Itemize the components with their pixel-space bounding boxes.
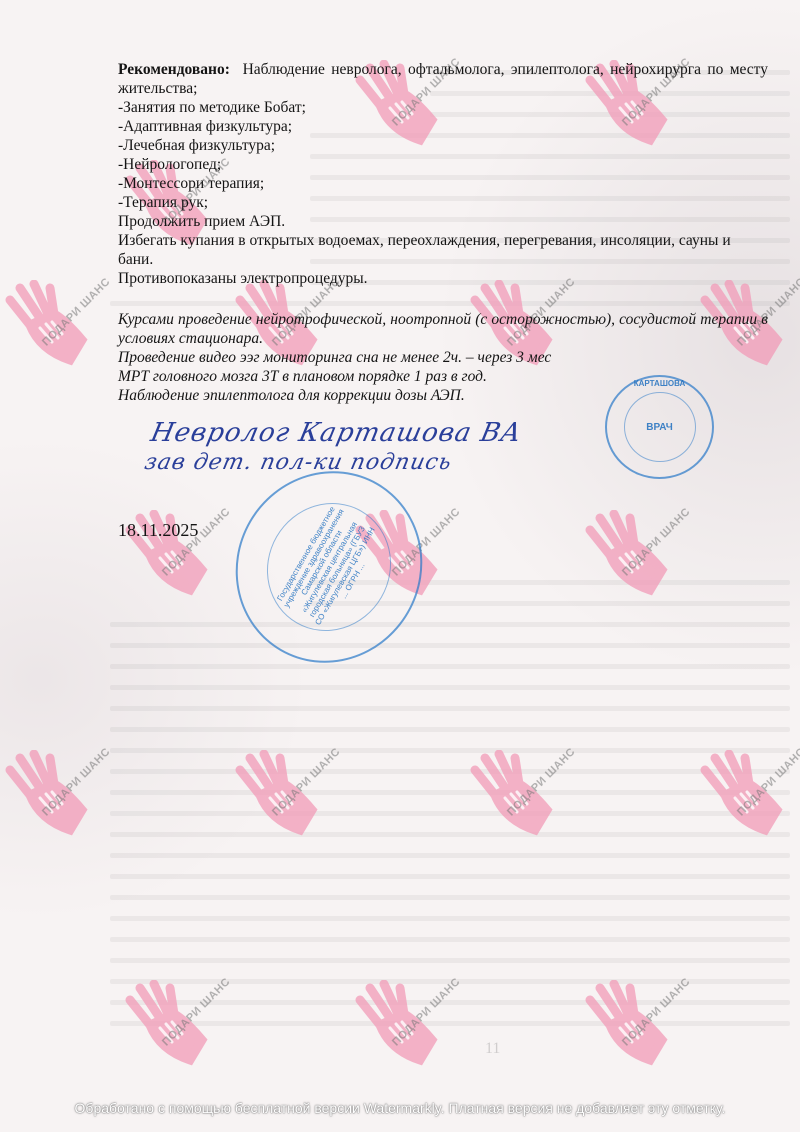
list-item: -Лечебная физкультура; bbox=[118, 136, 768, 155]
signature-line-1: Невролог Карташова ВА bbox=[148, 418, 525, 448]
list-item: -Терапия рук; bbox=[118, 193, 768, 212]
list-item: -Монтессори терапия; bbox=[118, 174, 768, 193]
continue-aep: Продолжить прием АЭП. bbox=[118, 212, 768, 231]
recommendation-paragraph: Рекомендовано: Наблюдение невролога, офт… bbox=[118, 60, 768, 98]
avoid-text: Избегать купания в открытых водоемах, пе… bbox=[118, 231, 768, 269]
contraindication-text: Противопоказаны электропроцедуры. bbox=[118, 269, 768, 288]
organization-stamp-center: Государственное бюджетное учреждение здр… bbox=[244, 480, 415, 654]
signature-handwriting: Невролог Карташова ВА зав дет. пол-ки по… bbox=[142, 418, 525, 478]
therapy-course: Курсами проведение нейротрофической, ноо… bbox=[118, 310, 768, 348]
bleed-through-text-lower bbox=[110, 580, 790, 1042]
page-number: 11 bbox=[485, 1040, 500, 1058]
list-item: -Адаптивная физкультура; bbox=[118, 117, 768, 136]
list-item: -Нейрологопед; bbox=[118, 155, 768, 174]
eeg-monitoring: Проведение видео ээг мониторинга сна не … bbox=[118, 348, 768, 367]
watermark-footer: Обработано с помощью бесплатной версии W… bbox=[0, 1100, 800, 1116]
doctor-stamp-ring: КАРТАШОВА bbox=[613, 379, 706, 471]
list-item: -Занятия по методике Бобат; bbox=[118, 98, 768, 117]
document-body: Рекомендовано: Наблюдение невролога, офт… bbox=[118, 60, 768, 405]
doctor-stamp: ВРАЧ КАРТАШОВА bbox=[605, 375, 714, 479]
recommended-label: Рекомендовано: bbox=[118, 61, 230, 78]
document-date: 18.11.2025 bbox=[118, 520, 198, 541]
